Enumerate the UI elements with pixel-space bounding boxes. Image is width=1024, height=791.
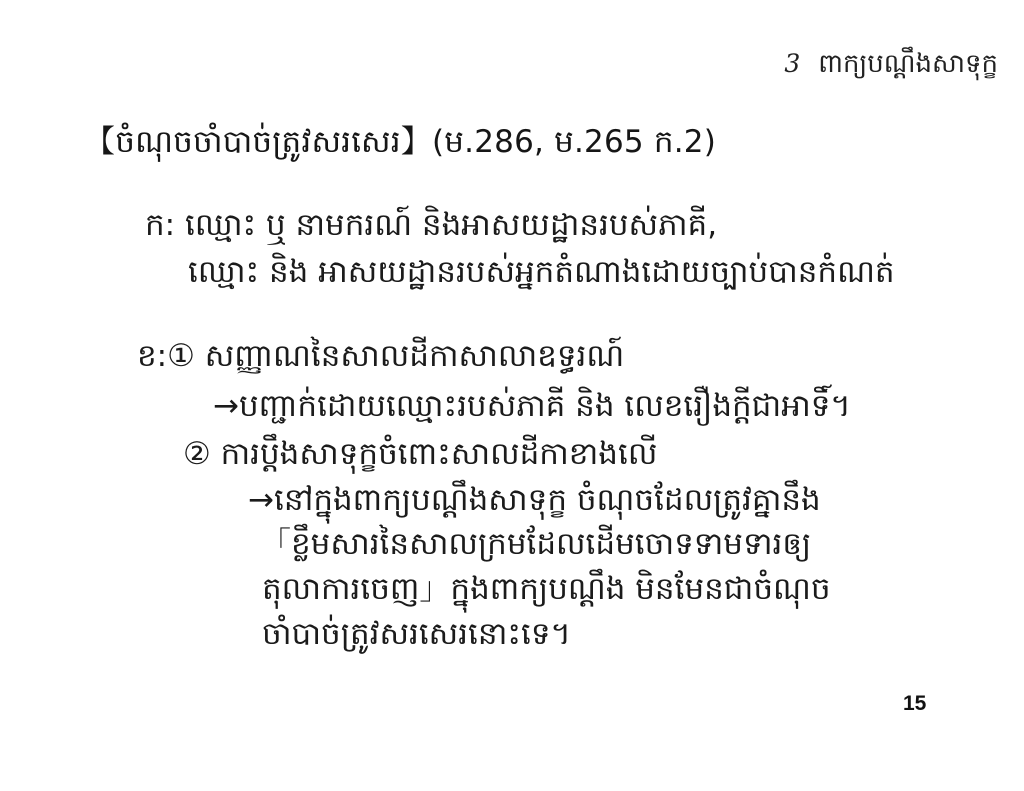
document-page: 3ពាក្យបណ្ដឹងសាទុក្ខ 【ចំណុចចាំបាច់ត្រូវសរ…	[0, 0, 1024, 791]
body-line-kha-item2-note-3: តុលាការចេញ」ក្នុងពាក្យបណ្ដឹង មិនមែនជាចំណុ…	[262, 566, 831, 613]
chapter-title: ពាក្យបណ្ដឹងសាទុក្ខ	[818, 49, 998, 79]
body-line-kha-item2-note-1: →នៅក្នុងពាក្យបណ្ដឹងសាទុក្ខ ចំណុចដែលត្រូវ…	[248, 477, 821, 524]
body-line-kha-item1: ខ:① សញ្ញាណនៃសាលដីកាសាលាឧទ្ធរណ៍	[137, 333, 624, 380]
page-header: 3ពាក្យបណ្ដឹងសាទុក្ខ	[784, 46, 998, 82]
body-line-kha-item2: ② ការប្ដឹងសាទុក្ខចំពោះសាលដីកាខាងលើ	[183, 431, 657, 478]
body-line-kha-item2-note-2: 「ខ្លឹមសារនៃសាលក្រមដែលដើមចោទទាមទារឲ្យ	[260, 521, 811, 568]
body-line-kha-item2-note-4: ចាំបាច់ត្រូវសរសេរនោះទេ។	[262, 611, 571, 658]
page-number: 15	[903, 692, 926, 716]
body-line-ka-1: ក: ឈ្មោះ ឬ នាមករណ៍ និងអាសយដ្ឋានរបស់ភាគី,	[145, 202, 717, 249]
body-line-ka-2: ឈ្មោះ និង អាសយដ្ឋានរបស់អ្នកតំណាងដោយច្បាប…	[188, 249, 895, 296]
page-title: 【ចំណុចចាំបាច់ត្រូវសរសេរ】(ម.286, ម.265 ក.…	[84, 118, 716, 166]
body-line-kha-item1-note: →បញ្ជាក់ដោយឈ្មោះរបស់ភាគី និង លេខរឿងក្ដីជ…	[213, 383, 851, 430]
chapter-number: 3	[784, 49, 800, 78]
